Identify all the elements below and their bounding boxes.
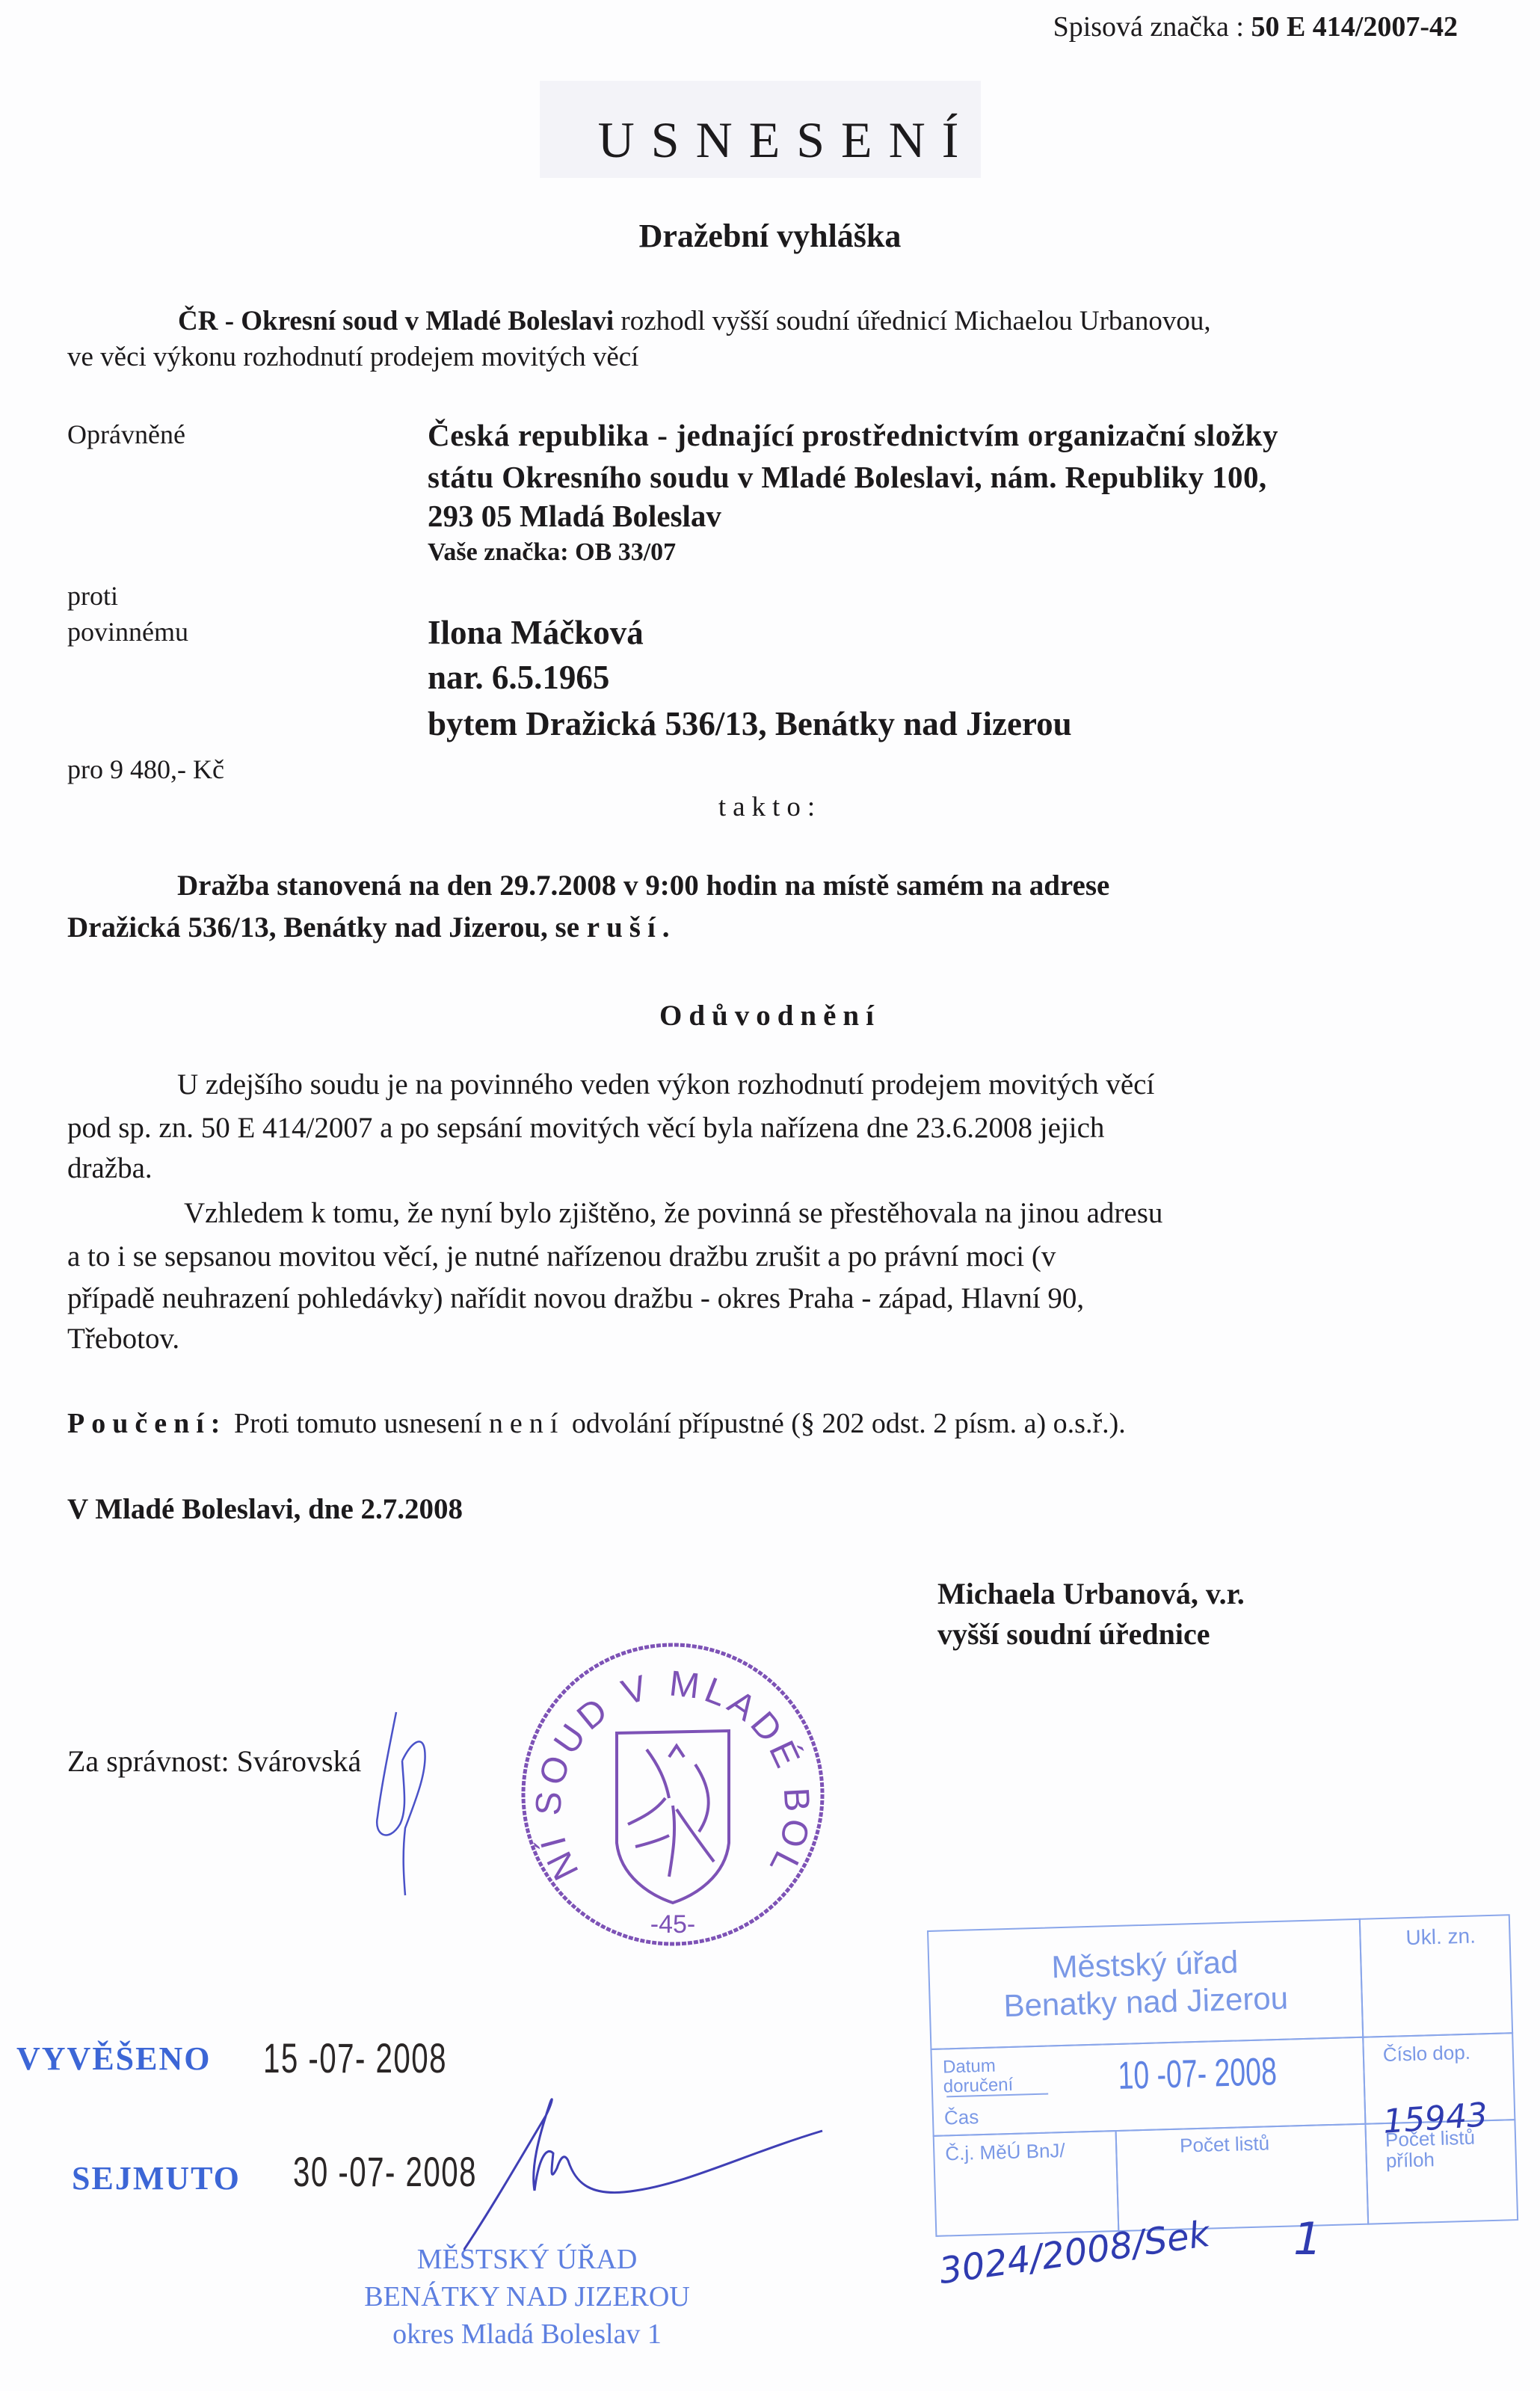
document-subtitle: Dražební vyhláška [0, 217, 1540, 255]
verdict-emphasis: ruší. [587, 911, 677, 944]
entitled-line-3: 293 05 Mladá Boleslav [428, 498, 721, 534]
obliged-birth: nar. 6.5.1965 [428, 658, 609, 697]
file-reference: Spisová značka : 50 E 414/2007-42 [1053, 10, 1458, 43]
removed-date: 30 -07- 2008 [293, 2147, 477, 2196]
svg-text:-45-: -45- [650, 1910, 695, 1939]
instruction-text-end: odvolání přípustné (§ 202 odst. 2 písm. … [564, 1408, 1125, 1439]
obliged-address: bytem Dražická 536/13, Benátky nad Jizer… [428, 704, 1072, 743]
posted-label: VYVĚŠENO [16, 2040, 212, 2078]
registry-date-value: 10 -07- 2008 [1118, 2049, 1278, 2099]
registry-sheets-value: 1 [1293, 2213, 1322, 2265]
obliged-name: Ilona Máčková [428, 613, 644, 652]
certification-signature [359, 1705, 449, 1899]
reasoning-p2-line-1: Vzhledem k tomu, že nyní bylo zjištěno, … [184, 1196, 1162, 1230]
registry-sheets-label: Počet listů [1180, 2132, 1270, 2157]
reasoning-p2-line-3: případě neuhrazení pohledávky) nařídit n… [67, 1281, 1084, 1315]
against-label: proti [67, 580, 118, 612]
court-name: ČR - Okresní soud v Mladé Boleslavi [178, 306, 614, 336]
reasoning-p1-line-3: dražba. [67, 1151, 153, 1185]
registry-date-label-2: doručení [943, 2075, 1013, 2098]
verdict-line-2-text: Dražická 536/13, Benátky nad Jizerou, se [67, 911, 587, 944]
svg-text:OKRESNÍ SOUD V MLADÉ BOLESLAVI: OKRESNÍ SOUD V MLADÉ BOLESLAVI [516, 1637, 817, 1886]
office-signature [463, 2078, 912, 2258]
verdict-heading: takto: [0, 791, 1540, 823]
office-stamp-line-3: okres Mladá Boleslav 1 [318, 2318, 736, 2351]
reasoning-p1-line-2: pod sp. zn. 50 E 414/2007 a po sepsání m… [67, 1111, 1104, 1145]
certification: Za správnost: Svárovská [67, 1744, 361, 1779]
instruction-text-start: Proti tomuto usnesení [227, 1408, 488, 1439]
entitled-label: Oprávněné [67, 419, 185, 450]
intro-line-2: ve věci výkonu rozhodnutí prodejem movit… [67, 341, 638, 373]
registry-stamp: Městský úřad Benatky nad Jizerou Ukl. zn… [927, 1914, 1518, 2237]
reasoning-p2-line-2: a to i se sepsanou movitou věcí, je nutn… [67, 1240, 1056, 1273]
file-reference-value: 50 E 414/2007-42 [1251, 11, 1458, 43]
entitled-line-1: Česká republika - jednající prostřednict… [428, 417, 1278, 453]
court-seal: OKRESNÍ SOUD V MLADÉ BOLESLAVI -45- [516, 1637, 830, 1951]
reasoning-p1-line-1: U zdejšího soudu je na povinného veden v… [177, 1068, 1154, 1101]
instruction: Poučení: Proti tomuto usnesení není odvo… [67, 1407, 1126, 1440]
instruction-emphasis: není [489, 1408, 564, 1439]
registry-ukl-label: Ukl. zn. [1405, 1924, 1476, 1951]
document-title: USNESENÍ [0, 111, 1540, 170]
reasoning-heading: Odůvodnění [0, 999, 1540, 1033]
intro-line-1: ČR - Okresní soud v Mladé Boleslavi rozh… [178, 305, 1211, 337]
posted-date: 15 -07- 2008 [263, 2034, 447, 2082]
instruction-label: Poučení: [67, 1408, 227, 1439]
signatory-role: vyšší soudní úřednice [937, 1616, 1210, 1652]
place-date: V Mladé Boleslavi, dne 2.7.2008 [67, 1492, 463, 1526]
office-stamp-line-2: BENÁTKY NAD JIZEROU [318, 2280, 736, 2313]
obliged-label: povinnému [67, 616, 188, 647]
signatory-name: Michaela Urbanová, v.r. [937, 1576, 1245, 1611]
registry-number-label: Číslo dop. [1382, 2041, 1470, 2067]
intro-rest: rozhodl vyšší soudní úřednicí Michaelou … [614, 306, 1210, 336]
entitled-line-2: státu Okresního soudu v Mladé Boleslavi,… [428, 459, 1267, 495]
registry-time-label: Čas [944, 2105, 979, 2129]
reasoning-p2-line-4: Třebotov. [67, 1322, 179, 1355]
verdict-line-1: Dražba stanovená na den 29.7.2008 v 9:00… [177, 869, 1109, 902]
removed-label: SEJMUTO [72, 2159, 241, 2197]
entitled-reference: Vaše značka: OB 33/07 [428, 538, 676, 567]
registry-attachments-label-2: příloh [1385, 2148, 1435, 2173]
verdict-line-2: Dražická 536/13, Benátky nad Jizerou, se… [67, 911, 677, 944]
registry-ref-label: Č.j. MěÚ BnJ/ [945, 2139, 1065, 2165]
file-reference-label: Spisová značka : [1053, 11, 1251, 43]
registry-number-value: 15943 [1382, 2096, 1488, 2141]
amount-label: pro 9 480,- Kč [67, 754, 224, 785]
office-stamp-line-1: MĚSTSKÝ ÚŘAD [318, 2243, 736, 2276]
